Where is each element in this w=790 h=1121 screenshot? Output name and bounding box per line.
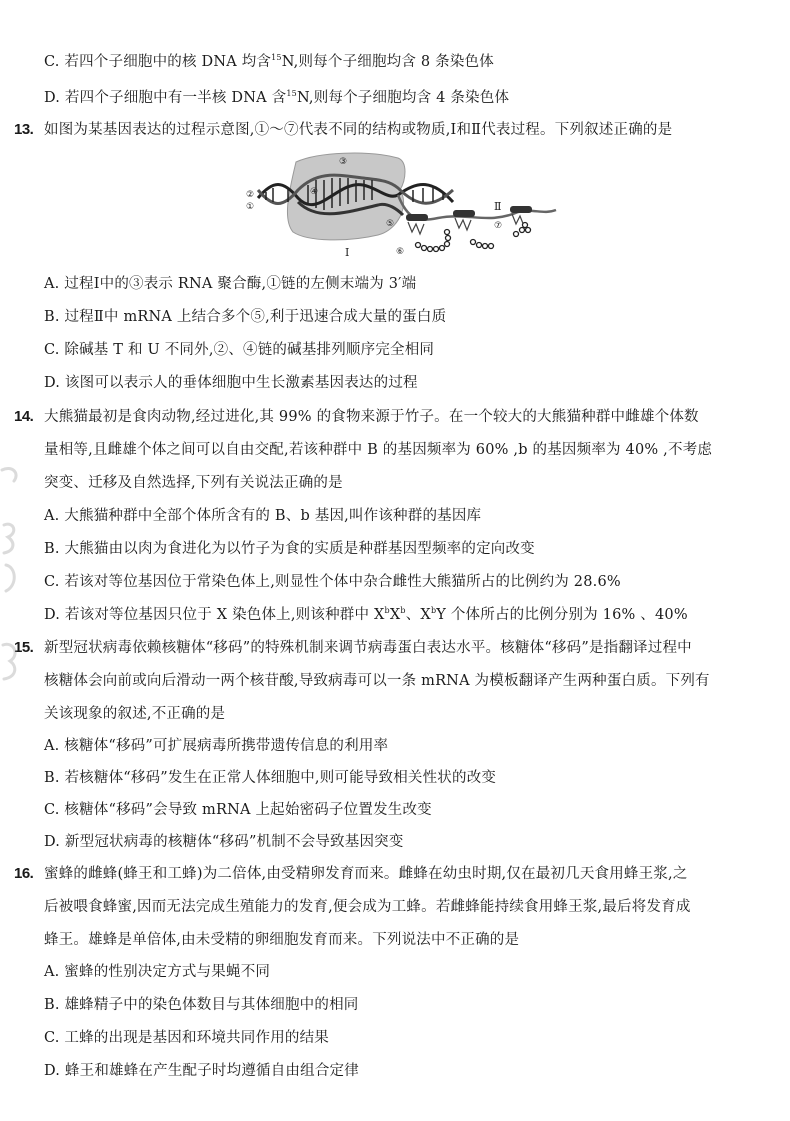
q14-option-b: B. 大熊猫由以肉为食进化为以竹子为食的实质是种群基因型频率的定向改变: [44, 539, 535, 559]
q16-option-c: C. 工蜂的出现是基因和环境共同作用的结果: [44, 1028, 329, 1048]
q13-option-c: C. 除碱基 T 和 U 不同外,②、④链的碱基排列顺序完全相同: [44, 340, 434, 360]
q15-option-b: B. 若核糖体“移码”发生在正常人体细胞中,则可能导致相关性状的改变: [44, 768, 496, 788]
q14-option-a: A. 大熊猫种群中全部个体所含有的 B、b 基因,叫作该种群的基因库: [44, 506, 481, 526]
svg-text:③: ③: [339, 157, 347, 167]
q13-option-b: B. 过程Ⅱ中 mRNA 上结合多个⑤,利于迅速合成大量的蛋白质: [44, 307, 446, 327]
option-text: X: [390, 607, 401, 623]
svg-text:⑤: ⑤: [386, 219, 394, 229]
margin-watermark: [0, 455, 26, 695]
option-text: D. 若四个子细胞中有一半核 DNA 含: [44, 90, 286, 106]
question-stem-line: 大熊猫最初是食肉动物,经过进化,其 99% 的食物来源于竹子。在一个较大的大熊猫…: [44, 407, 699, 427]
gene-expression-diagram: ② ① ③ ④ ⑤ ⑥ ⑦ Ⅰ Ⅱ: [238, 150, 558, 260]
question-stem-line: 后被喂食蜂蜜,因而无法完成生殖能力的发育,便会成为工蜂。若雌蜂能持续食用蜂王浆,…: [44, 897, 691, 917]
q12-option-d: D. 若四个子细胞中有一半核 DNA 含15N,则每个子细胞均含 4 条染色体: [44, 88, 509, 108]
question-number: 14.: [14, 407, 33, 427]
q15-option-a: A. 核糖体“移码”可扩展病毒所携带遗传信息的利用率: [44, 736, 388, 756]
q13-option-a: A. 过程Ⅰ中的③表示 RNA 聚合酶,①链的左侧末端为 3′端: [44, 274, 416, 294]
svg-text:①: ①: [246, 202, 254, 212]
svg-text:Ⅱ: Ⅱ: [494, 200, 501, 213]
svg-text:⑦: ⑦: [494, 221, 502, 231]
question-stem: 如图为某基因表达的过程示意图,①～⑦代表不同的结构或物质,Ⅰ和Ⅱ代表过程。下列叙…: [44, 120, 672, 140]
question-number: 13.: [14, 120, 33, 140]
q15-option-d: D. 新型冠状病毒的核糖体“移码”机制不会导致基因突变: [44, 832, 404, 852]
option-text: 、X: [406, 607, 431, 623]
question-stem-line: 突变、迁移及自然选择,下列有关说法正确的是: [44, 473, 343, 493]
question-stem-line: 量相等,且雌雄个体之间可以自由交配,若该种群中 B 的基因频率为 60% ,b …: [44, 440, 712, 460]
option-text: N,则每个子细胞均含 8 条染色体: [282, 54, 494, 70]
option-text: N,则每个子细胞均含 4 条染色体: [297, 90, 509, 106]
q16-option-b: B. 雄蜂精子中的染色体数目与其体细胞中的相同: [44, 995, 358, 1015]
svg-text:Ⅰ: Ⅰ: [345, 246, 349, 259]
q16-option-d: D. 蜂王和雄蜂在产生配子时均遵循自由组合定律: [44, 1061, 359, 1081]
question-stem-line: 蜜蜂的雌蜂(蜂王和工蜂)为二倍体,由受精卵发育而来。雌蜂在幼虫时期,仅在最初几天…: [44, 864, 688, 884]
svg-text:⑥: ⑥: [396, 247, 404, 257]
svg-text:④: ④: [310, 187, 318, 197]
q15-option-c: C. 核糖体“移码”会导致 mRNA 上起始密码子位置发生改变: [44, 800, 432, 820]
option-text: Y 个体所占的比例分别为 16% 、40%: [436, 607, 688, 623]
superscript: 15: [286, 89, 297, 98]
q12-option-c: C. 若四个子细胞中的核 DNA 均含15N,则每个子细胞均含 8 条染色体: [44, 52, 494, 72]
question-number: 16.: [14, 864, 33, 884]
q14-option-c: C. 若该对等位基因位于常染色体上,则显性个体中杂合雌性大熊猫所占的比例约为 2…: [44, 572, 621, 592]
question-stem-line: 关该现象的叙述,不正确的是: [44, 704, 225, 724]
option-text: C. 若四个子细胞中的核 DNA 均含: [44, 54, 271, 70]
question-stem-line: 蜂王。雄蜂是单倍体,由未受精的卵细胞发育而来。下列说法中不正确的是: [44, 930, 519, 950]
superscript: 15: [271, 53, 282, 62]
q13-option-d: D. 该图可以表示人的垂体细胞中生长激素基因表达的过程: [44, 373, 418, 393]
q14-option-d: D. 若该对等位基因只位于 X 染色体上,则该种群中 XbXb、XbY 个体所占…: [44, 605, 688, 625]
dna-transcription-translation-figure: ② ① ③ ④ ⑤ ⑥ ⑦ Ⅰ Ⅱ: [238, 150, 558, 260]
svg-text:②: ②: [246, 190, 254, 200]
question-stem-line: 新型冠状病毒依赖核糖体“移码”的特殊机制来调节病毒蛋白表达水平。核糖体“移码”是…: [44, 638, 692, 658]
watermark-squiggle-icon: [0, 455, 26, 695]
option-text: D. 若该对等位基因只位于 X 染色体上,则该种群中 X: [44, 607, 385, 623]
q16-option-a: A. 蜜蜂的性别决定方式与果蝇不同: [44, 962, 270, 982]
question-stem-line: 核糖体会向前或向后滑动一两个核苷酸,导致病毒可以一条 mRNA 为模板翻译产生两…: [44, 671, 710, 691]
